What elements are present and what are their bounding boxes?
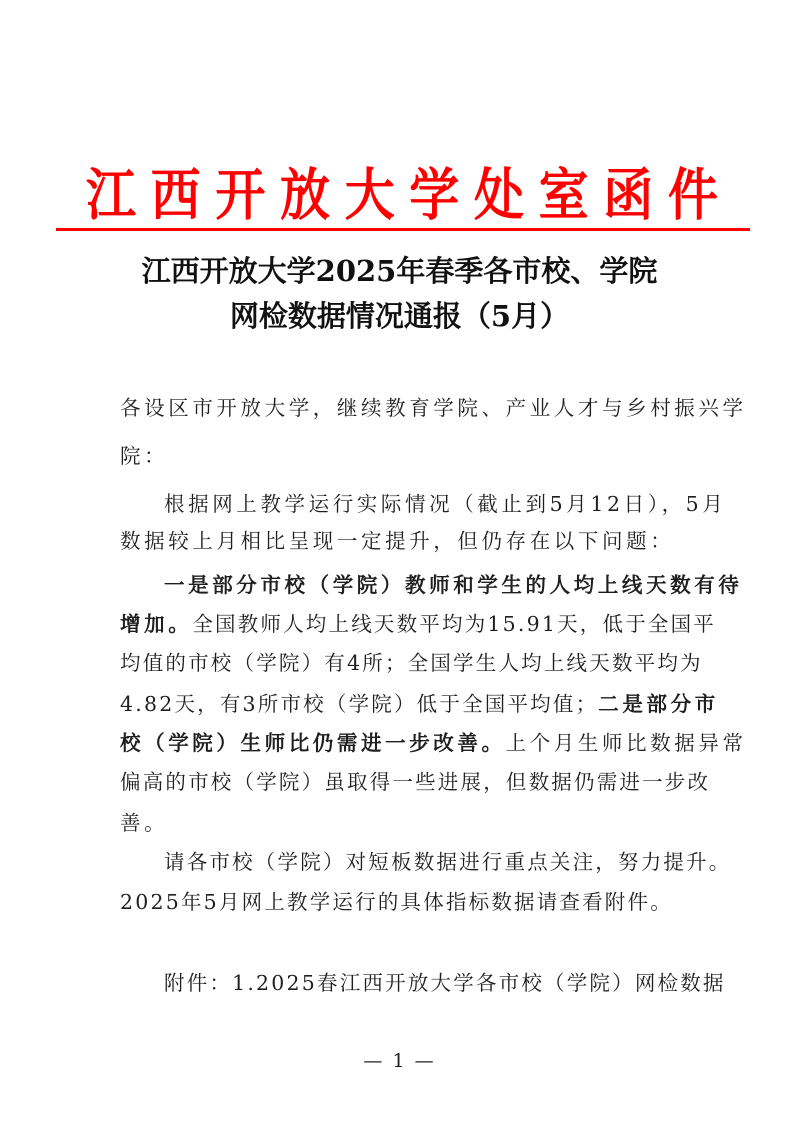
letterhead-title: 江 西 开 放 大 学 处 室 函 件 (56, 158, 750, 224)
paragraph-2-line-3: 均值的市校（学院）有4所；全国学生人均上线天数平均为 (120, 648, 680, 678)
paragraph-2-line-1: 一是部分市校（学院）教师和学生的人均上线天数有待 (164, 570, 724, 600)
letterhead-divider (56, 228, 750, 231)
teacher-online-days-text: 全国教师人均上线天数平均为15.91天，低于全国平 (192, 612, 716, 636)
letterhead-char: 西 (151, 151, 201, 232)
issue-two-heading: 二是部分市 (598, 692, 719, 716)
letterhead-char: 开 (215, 151, 265, 232)
issue-two-heading-cont: 校（学院）生师比仍需进一步改善。 (120, 731, 506, 755)
paragraph-2-line-4: 4.82天，有3所市校（学院）低于全国平均值；二是部分市 (120, 689, 680, 719)
student-online-days-text: 4.82天，有3所市校（学院）低于全国平均值； (120, 692, 598, 716)
page-number: — 1 — (0, 1050, 799, 1072)
letterhead-char: 放 (280, 151, 330, 232)
paragraph-2-line-7: 善。 (120, 808, 680, 838)
paragraph-3-line-2: 2025年5月网上教学运行的具体指标数据请查看附件。 (120, 887, 680, 917)
letterhead-char: 室 (539, 151, 589, 232)
letterhead-char: 函 (603, 151, 653, 232)
attachment-line: 附件：1.2025春江西开放大学各市校（学院）网检数据 (164, 968, 724, 998)
document-title-line-2: 网检数据情况通报（5月） (0, 294, 799, 338)
salutation-line-1: 各设区市开放大学，继续教育学院、产业人才与乡村振兴学 (120, 393, 680, 423)
paragraph-2-line-2: 增加。全国教师人均上线天数平均为15.91天，低于全国平 (120, 609, 680, 639)
document-title-line-1: 江西开放大学2025年春季各市校、学院 (0, 249, 799, 293)
paragraph-2-line-6: 偏高的市校（学院）虽取得一些进展，但数据仍需进一步改 (120, 767, 680, 797)
letterhead-char: 学 (409, 151, 459, 232)
salutation-line-2: 院： (120, 441, 680, 471)
paragraph-3-line-1: 请各市校（学院）对短板数据进行重点关注，努力提升。 (164, 847, 724, 877)
ratio-progress-text: 上个月生师比数据异常 (506, 731, 747, 755)
issue-one-heading-end: 增加。 (120, 612, 192, 636)
paragraph-1-line-1: 根据网上教学运行实际情况（截止到5月12日），5月 (164, 489, 724, 519)
paragraph-2-line-5: 校（学院）生师比仍需进一步改善。上个月生师比数据异常 (120, 728, 680, 758)
letterhead-char: 江 (86, 151, 136, 232)
letterhead-char: 处 (474, 151, 524, 232)
letterhead-char: 大 (345, 151, 395, 232)
paragraph-1-line-2: 数据较上月相比呈现一定提升，但仍存在以下问题： (120, 526, 680, 556)
letterhead-char: 件 (668, 151, 718, 232)
